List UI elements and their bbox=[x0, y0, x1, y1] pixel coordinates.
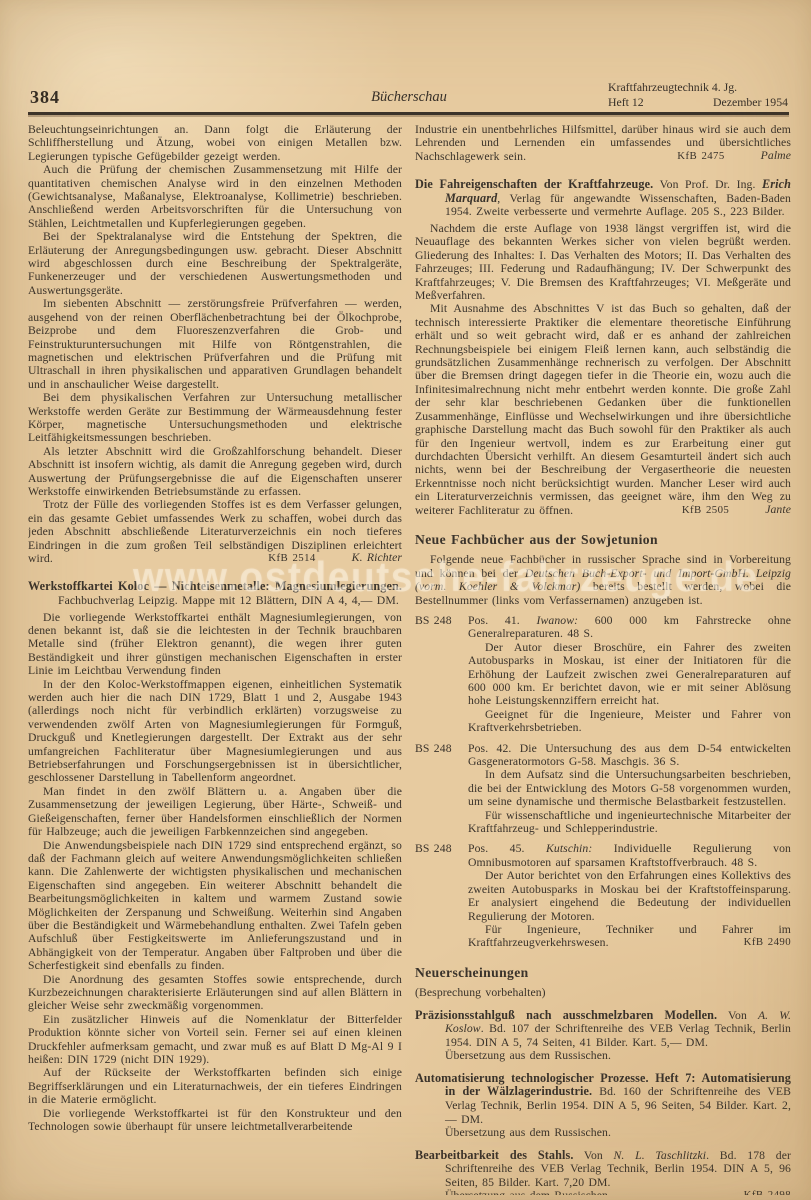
announcement-entry: Präzisionsstahlguß nach ausschmelzbaren … bbox=[415, 1009, 791, 1063]
review-reserved-note: (Besprechung vorbehalten) bbox=[415, 986, 791, 999]
translation-note: Übersetzung aus dem Russischen. bbox=[415, 1126, 791, 1139]
book-heading: Werkstoffkartei Koloc — Nichteisenmetall… bbox=[28, 580, 402, 607]
catalog-position: Pos. 45. bbox=[468, 842, 546, 855]
section-heading-sowjetunion: Neue Fachbücher aus der Sowjetunion bbox=[415, 533, 791, 546]
issue-line: Heft 12Dezember 1954 bbox=[608, 95, 788, 110]
translation-note-text: Übersetzung aus dem Russischen. bbox=[445, 1189, 611, 1195]
catalog-position: Pos. 42. bbox=[468, 742, 520, 755]
review-signature: KfB 2505Jante bbox=[682, 503, 791, 517]
reviewer-name: K. Richter bbox=[352, 551, 402, 564]
announcement-byline: Von bbox=[717, 1009, 758, 1022]
announcement-entry: Automatisierung technologischer Prozesse… bbox=[415, 1072, 791, 1140]
journal-name: Kraftfahrzeugtechnik 4. Jg. bbox=[608, 80, 788, 95]
paragraph-text: Mit Ausnahme des Abschnittes V ist das B… bbox=[415, 302, 791, 516]
translation-note: Übersetzung aus dem Russischen. bbox=[415, 1049, 791, 1062]
paragraph: Die Anwendungsbeispiele nach DIN 1729 si… bbox=[28, 839, 402, 973]
left-column: Beleuchtungseinrichtungen an. Dann folgt… bbox=[28, 123, 402, 1195]
paragraph: Auf der Rückseite der Werkstoffkarten be… bbox=[28, 1066, 402, 1106]
catalog-number: BS 248 bbox=[415, 842, 468, 949]
paragraph: Die Anordnung des gesamten Stoffes sowie… bbox=[28, 973, 402, 1013]
catalog-audience: Für wissenschaftliche und ingenieurtechn… bbox=[468, 809, 791, 836]
paragraph: Als letzter Abschnitt wird die Großzahlf… bbox=[28, 445, 402, 499]
paragraph: Folgende neue Fachbücher in russischer S… bbox=[415, 553, 791, 607]
catalog-audience-text: Für Ingenieure, Techniker und Fahrer im … bbox=[468, 923, 791, 949]
paragraph-with-signature: Mit Ausnahme des Abschnittes V ist das B… bbox=[415, 302, 791, 517]
catalog-entry: BS 248 Pos. 41. Iwanow: 600 000 km Fahrs… bbox=[415, 614, 791, 735]
issue-date: Dezember 1954 bbox=[713, 95, 788, 110]
catalog-audience: Geeignet für die Ingenieure, Meister und… bbox=[468, 708, 791, 735]
translation-note: Übersetzung aus dem Russischen.KfB 2498 bbox=[415, 1189, 791, 1195]
review-signature: KfB 2475Palme bbox=[677, 149, 791, 163]
paragraph: Nachdem die erste Auflage von 1938 längs… bbox=[415, 222, 791, 302]
announcement-author: N. L. Taschlitzki bbox=[614, 1149, 707, 1162]
review-signature: KfB 2514K. Richter bbox=[268, 551, 402, 565]
announcement-title: Präzisionsstahlguß nach ausschmelzbaren … bbox=[415, 1008, 717, 1022]
section-heading-neuerscheinungen: Neuerscheinungen bbox=[415, 966, 791, 979]
right-column: Industrie ein unentbehrliches Hilfsmitte… bbox=[415, 123, 791, 1195]
section-title: Bücherschau bbox=[371, 89, 447, 106]
catalog-audience: Für Ingenieure, Techniker und Fahrer im … bbox=[468, 923, 791, 950]
catalog-number: BS 248 bbox=[415, 614, 468, 735]
book-heading: Die Fahreigenschaften der Kraftfahrzeuge… bbox=[415, 178, 791, 219]
scanned-journal-page: 384 Bücherschau Kraftfahrzeugtechnik 4. … bbox=[0, 0, 811, 1200]
announcement-title: Bearbeitbarkeit des Stahls. bbox=[415, 1148, 573, 1162]
paragraph: In der den Koloc-Werkstoffmappen eigenen… bbox=[28, 678, 402, 785]
book-publisher: Fachbuchverlag Leipzig. Mappe mit 12 Blä… bbox=[58, 594, 399, 607]
catalog-entry-title: Pos. 42. Die Untersuchung des aus dem D-… bbox=[468, 742, 791, 769]
header-rule bbox=[28, 112, 789, 115]
catalog-description: Der Autor berichtet von den Erfahrungen … bbox=[468, 869, 791, 923]
catalog-entry: BS 248 Pos. 45. Kutschin: Individuelle R… bbox=[415, 842, 791, 949]
review-signature: KfB 2490 bbox=[744, 935, 791, 949]
book-title: Werkstoffkartei Koloc — Nichteisenmetall… bbox=[28, 579, 402, 593]
catalog-entry: BS 248 Pos. 42. Die Untersuchung des aus… bbox=[415, 742, 791, 836]
issue-number: Heft 12 bbox=[608, 95, 644, 110]
announcement-heading: Bearbeitbarkeit des Stahls. Von N. L. Ta… bbox=[415, 1149, 791, 1190]
announcement-entry: Bearbeitbarkeit des Stahls. Von N. L. Ta… bbox=[415, 1149, 791, 1196]
paragraph: Ein zusätzlicher Hinweis auf die Nomenkl… bbox=[28, 1013, 402, 1067]
paragraph: Die vorliegende Werkstoffkartei ist für … bbox=[28, 1107, 402, 1134]
paragraph: Auch die Prüfung der chemischen Zusammen… bbox=[28, 163, 402, 230]
announcement-publisher: . Bd. 107 der Schriftenreihe des VEB Ver… bbox=[445, 1022, 791, 1049]
catalog-author: Kutschin: bbox=[546, 842, 592, 855]
catalog-entry-body: Pos. 45. Kutschin: Individuelle Regulier… bbox=[468, 842, 791, 949]
catalog-entry-body: Pos. 42. Die Untersuchung des aus dem D-… bbox=[468, 742, 791, 836]
page-header: 384 Bücherschau Kraftfahrzeugtechnik 4. … bbox=[30, 72, 788, 110]
announcement-heading: Präzisionsstahlguß nach ausschmelzbaren … bbox=[415, 1009, 791, 1050]
paragraph-with-signature: Industrie ein unentbehrliches Hilfsmitte… bbox=[415, 123, 791, 163]
paragraph: Beleuchtungseinrichtungen an. Dann folgt… bbox=[28, 123, 402, 163]
catalog-entry-title: Pos. 45. Kutschin: Individuelle Regulier… bbox=[468, 842, 791, 869]
book-publisher: , Verlag für angewandte Wissenschaften, … bbox=[445, 192, 791, 219]
catalog-description: In dem Aufsatz sind die Untersuchungsarb… bbox=[468, 768, 791, 808]
paragraph: Die vorliegende Werkstoffkartei enthält … bbox=[28, 611, 402, 678]
reviewer-name: Palme bbox=[761, 149, 791, 162]
catalog-position: Pos. 41. bbox=[468, 614, 536, 627]
catalog-number: BS 248 bbox=[415, 742, 468, 836]
catalog-entry-title: Pos. 41. Iwanow: 600 000 km Fahrstrecke … bbox=[468, 614, 791, 641]
paragraph: Bei dem physikalischen Verfahren zur Unt… bbox=[28, 391, 402, 445]
announcement-heading: Automatisierung technologischer Prozesse… bbox=[415, 1072, 791, 1126]
paragraph-with-signature: Trotz der Fülle des vorliegenden Stoffes… bbox=[28, 498, 402, 565]
kfb-number: KfB 2490 bbox=[744, 936, 791, 948]
paragraph: Im siebenten Abschnitt — zerstörungsfrei… bbox=[28, 297, 402, 391]
catalog-author: Iwanow: bbox=[536, 614, 578, 627]
kfb-number: KfB 2505 bbox=[682, 504, 729, 516]
paragraph: Man findet in den zwölf Blättern u. a. A… bbox=[28, 785, 402, 839]
catalog-entry-body: Pos. 41. Iwanow: 600 000 km Fahrstrecke … bbox=[468, 614, 791, 735]
kfb-number: KfB 2514 bbox=[268, 552, 315, 564]
reviewer-name: Jante bbox=[765, 503, 791, 516]
book-title: Die Fahreigenschaften der Kraftfahrzeuge… bbox=[415, 177, 653, 191]
catalog-description: Der Autor dieser Broschüre, ein Fahrer d… bbox=[468, 641, 791, 708]
kfb-number: KfB 2498 bbox=[744, 1189, 791, 1195]
page-number: 384 bbox=[30, 87, 60, 108]
paragraph: Bei der Spektralanalyse wird die Entsteh… bbox=[28, 230, 402, 297]
kfb-number: KfB 2475 bbox=[677, 150, 724, 162]
review-signature: KfB 2498 bbox=[744, 1188, 791, 1195]
book-byline: Von Prof. Dr. Ing. bbox=[653, 178, 762, 191]
announcement-byline: Von bbox=[573, 1149, 613, 1162]
journal-info: Kraftfahrzeugtechnik 4. Jg. Heft 12Dezem… bbox=[608, 80, 788, 109]
